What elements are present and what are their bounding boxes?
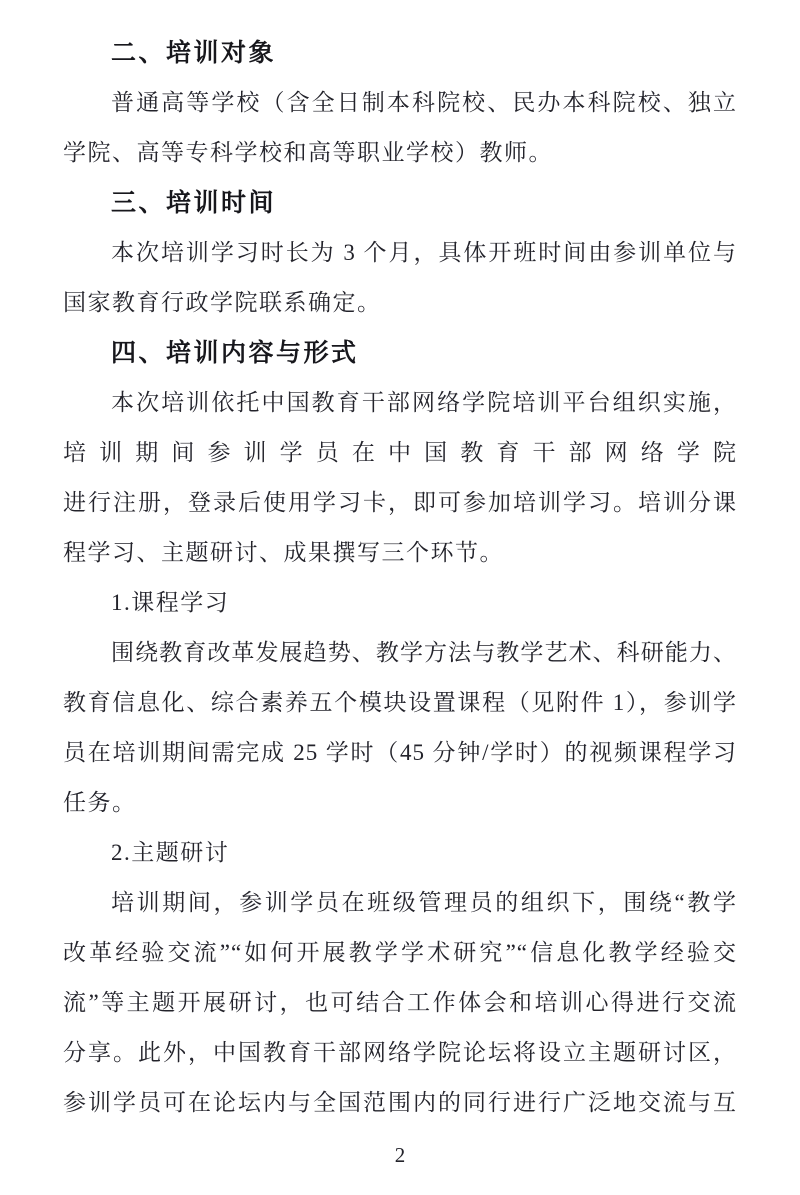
body-line: 参训学员可在论坛内与全国范围内的同行进行广泛地交流与互 (63, 1078, 737, 1128)
body-line: 任务。 (63, 778, 737, 828)
body-line: 本次培训学习时长为 3 个月，具体开班时间由参训单位与 (63, 228, 737, 278)
subitem-topic-discussion: 2.主题研讨 (63, 828, 737, 878)
body-line: 改革经验交流”“如何开展教学学术研究”“信息化教学经验交 (63, 928, 737, 978)
document-body: 二、培训对象 普通高等学校（含全日制本科院校、民办本科院校、独立 学院、高等专科… (63, 28, 737, 1128)
body-line: 教育信息化、综合素养五个模块设置课程（见附件 1），参训学 (63, 678, 737, 728)
body-line: 进行注册，登录后使用学习卡，即可参加培训学习。培训分课 (63, 478, 737, 528)
section-heading-training-target: 二、培训对象 (63, 28, 737, 78)
body-line: 围绕教育改革发展趋势、教学方法与教学艺术、科研能力、 (63, 628, 737, 678)
body-line: 本次培训依托中国教育干部网络学院培训平台组织实施， (63, 378, 737, 428)
body-line: 流”等主题开展研讨，也可结合工作体会和培训心得进行交流 (63, 978, 737, 1028)
body-line-with-url: 培训期间参训学员在中国教育干部网络学院（www.enaea.edu.cn） (63, 428, 737, 478)
section-heading-training-time: 三、培训时间 (63, 178, 737, 228)
document-page: 二、培训对象 普通高等学校（含全日制本科院校、民办本科院校、独立 学院、高等专科… (0, 0, 800, 1195)
body-line: 程学习、主题研讨、成果撰写三个环节。 (63, 528, 737, 578)
page-number: 2 (0, 1135, 800, 1175)
body-line: 国家教育行政学院联系确定。 (63, 278, 737, 328)
body-line: 学院、高等专科学校和高等职业学校）教师。 (63, 128, 737, 178)
body-line: 普通高等学校（含全日制本科院校、民办本科院校、独立 (63, 78, 737, 128)
subitem-course-study: 1.课程学习 (63, 578, 737, 628)
body-line: 分享。此外，中国教育干部网络学院论坛将设立主题研讨区， (63, 1028, 737, 1078)
body-line: 员在培训期间需完成 25 学时（45 分钟/学时）的视频课程学习 (63, 728, 737, 778)
body-line: 培训期间，参训学员在班级管理员的组织下，围绕“教学 (63, 878, 737, 928)
section-heading-training-content: 四、培训内容与形式 (63, 328, 737, 378)
